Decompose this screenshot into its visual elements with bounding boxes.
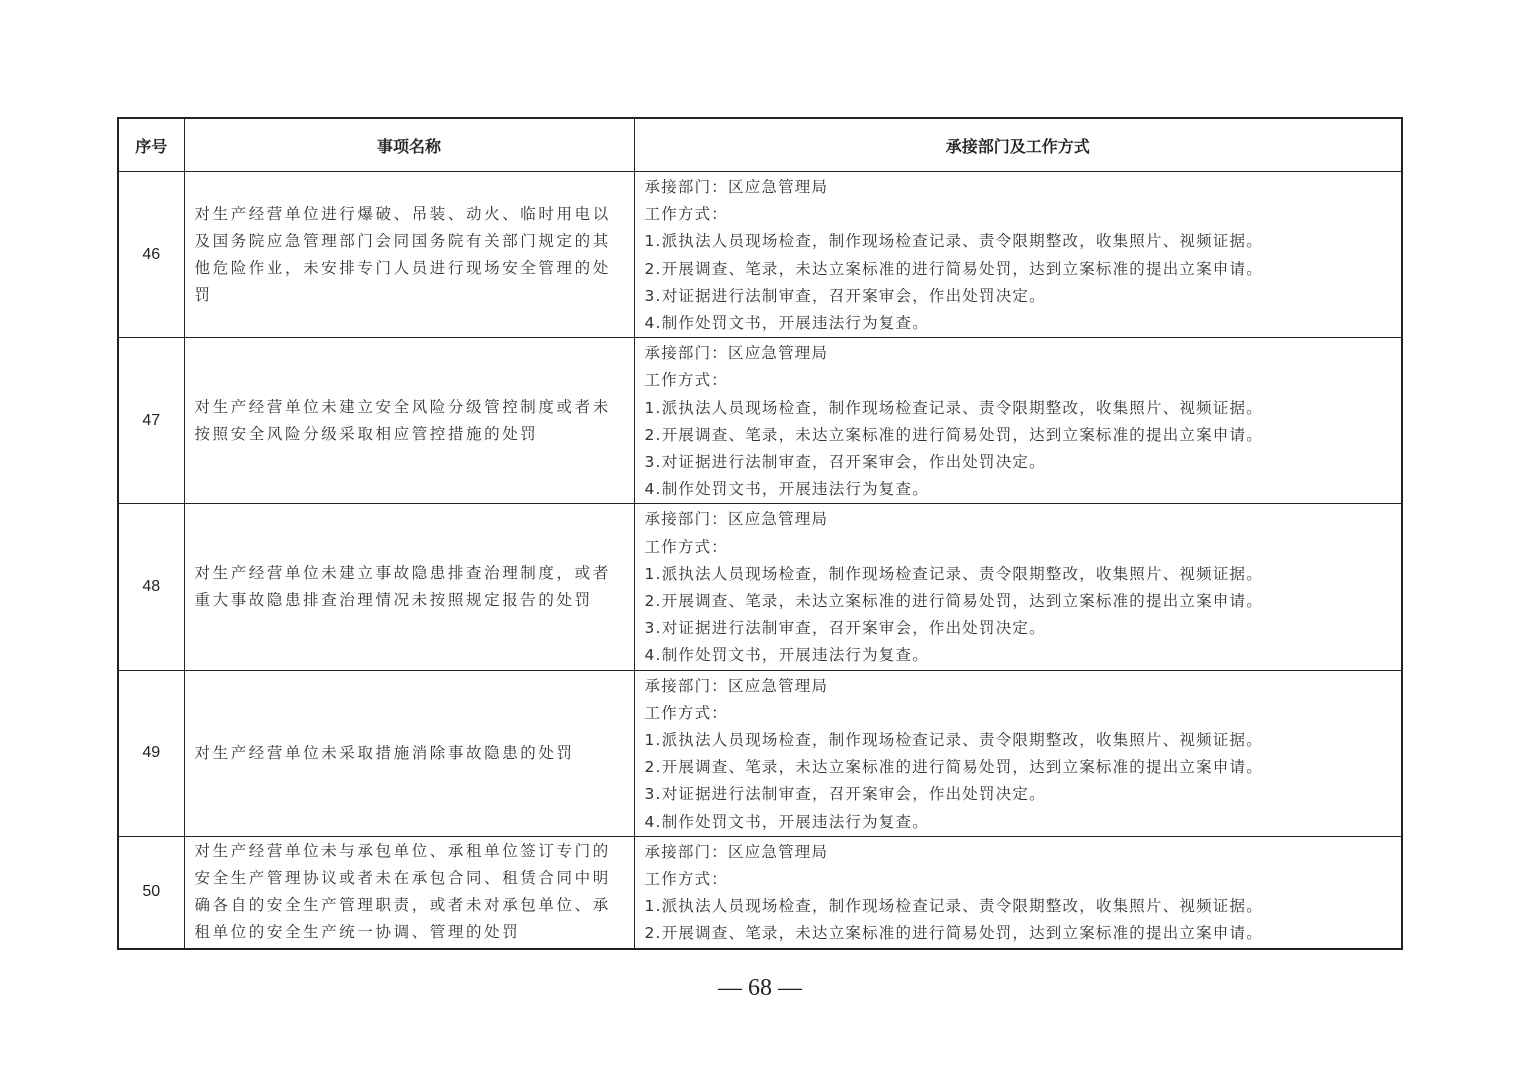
method-step: 4.制作处罚文书，开展违法行为复查。 [645, 809, 1392, 836]
method-step: 4.制作处罚文书，开展违法行为复查。 [645, 642, 1392, 669]
serial-number-cell: 46 [118, 172, 184, 338]
method-label: 工作方式： [645, 534, 1392, 561]
method-step: 3.对证据进行法制审查，召开案审会，作出处罚决定。 [645, 283, 1392, 310]
responsibility-table: 序号 事项名称 承接部门及工作方式 46 对生产经营单位进行爆破、吊装、动火、临… [117, 117, 1403, 950]
method-step: 2.开展调查、笔录，未达立案标准的进行简易处罚，达到立案标准的提出立案申请。 [645, 754, 1392, 781]
table-row: 49 对生产经营单位未采取措施消除事故隐患的处罚 承接部门：区应急管理局 工作方… [118, 670, 1402, 836]
serial-number-cell: 48 [118, 504, 184, 670]
method-step: 1.派执法人员现场检查，制作现场检查记录、责令限期整改，收集照片、视频证据。 [645, 561, 1392, 588]
method-step: 3.对证据进行法制审查，召开案审会，作出处罚决定。 [645, 781, 1392, 808]
method-label: 工作方式： [645, 201, 1392, 228]
item-name-cell: 对生产经营单位进行爆破、吊装、动火、临时用电以及国务院应急管理部门会同国务院有关… [184, 172, 634, 338]
department-line: 承接部门：区应急管理局 [645, 174, 1392, 201]
method-step: 2.开展调查、笔录，未达立案标准的进行简易处罚，达到立案标准的提出立案申请。 [645, 422, 1392, 449]
department-line: 承接部门：区应急管理局 [645, 340, 1392, 367]
method-step: 2.开展调查、笔录，未达立案标准的进行简易处罚，达到立案标准的提出立案申请。 [645, 256, 1392, 283]
method-step: 1.派执法人员现场检查，制作现场检查记录、责令限期整改，收集照片、视频证据。 [645, 893, 1392, 920]
header-item-name: 事项名称 [184, 118, 634, 172]
item-name-cell: 对生产经营单位未建立事故隐患排查治理制度，或者重大事故隐患排查治理情况未按照规定… [184, 504, 634, 670]
method-step: 4.制作处罚文书，开展违法行为复查。 [645, 476, 1392, 503]
table-row: 47 对生产经营单位未建立安全风险分级管控制度或者未按照安全风险分级采取相应管控… [118, 338, 1402, 504]
method-label: 工作方式： [645, 367, 1392, 394]
table-row: 50 对生产经营单位未与承包单位、承租单位签订专门的安全生产管理协议或者未在承包… [118, 836, 1402, 948]
department-line: 承接部门：区应急管理局 [645, 839, 1392, 866]
serial-number-cell: 47 [118, 338, 184, 504]
department-method-cell: 承接部门：区应急管理局 工作方式： 1.派执法人员现场检查，制作现场检查记录、责… [634, 504, 1402, 670]
table-row: 48 对生产经营单位未建立事故隐患排查治理制度，或者重大事故隐患排查治理情况未按… [118, 504, 1402, 670]
method-step: 2.开展调查、笔录，未达立案标准的进行简易处罚，达到立案标准的提出立案申请。 [645, 920, 1392, 947]
serial-number-cell: 50 [118, 836, 184, 948]
header-department-method: 承接部门及工作方式 [634, 118, 1402, 172]
department-method-cell: 承接部门：区应急管理局 工作方式： 1.派执法人员现场检查，制作现场检查记录、责… [634, 338, 1402, 504]
page-number: — 68 — [0, 975, 1520, 1002]
method-step: 4.制作处罚文书，开展违法行为复查。 [645, 310, 1392, 337]
method-step: 1.派执法人员现场检查，制作现场检查记录、责令限期整改，收集照片、视频证据。 [645, 727, 1392, 754]
department-method-cell: 承接部门：区应急管理局 工作方式： 1.派执法人员现场检查，制作现场检查记录、责… [634, 172, 1402, 338]
method-step: 3.对证据进行法制审查，召开案审会，作出处罚决定。 [645, 615, 1392, 642]
method-step: 2.开展调查、笔录，未达立案标准的进行简易处罚，达到立案标准的提出立案申请。 [645, 588, 1392, 615]
department-method-cell: 承接部门：区应急管理局 工作方式： 1.派执法人员现场检查，制作现场检查记录、责… [634, 836, 1402, 948]
method-step: 1.派执法人员现场检查，制作现场检查记录、责令限期整改，收集照片、视频证据。 [645, 228, 1392, 255]
method-label: 工作方式： [645, 700, 1392, 727]
item-name-cell: 对生产经营单位未与承包单位、承租单位签订专门的安全生产管理协议或者未在承包合同、… [184, 836, 634, 948]
header-serial-number: 序号 [118, 118, 184, 172]
method-step: 3.对证据进行法制审查，召开案审会，作出处罚决定。 [645, 449, 1392, 476]
department-line: 承接部门：区应急管理局 [645, 506, 1392, 533]
serial-number-cell: 49 [118, 670, 184, 836]
department-line: 承接部门：区应急管理局 [645, 673, 1392, 700]
method-step: 1.派执法人员现场检查，制作现场检查记录、责令限期整改，收集照片、视频证据。 [645, 395, 1392, 422]
table-header-row: 序号 事项名称 承接部门及工作方式 [118, 118, 1402, 172]
table-row: 46 对生产经营单位进行爆破、吊装、动火、临时用电以及国务院应急管理部门会同国务… [118, 172, 1402, 338]
department-method-cell: 承接部门：区应急管理局 工作方式： 1.派执法人员现场检查，制作现场检查记录、责… [634, 670, 1402, 836]
item-name-cell: 对生产经营单位未建立安全风险分级管控制度或者未按照安全风险分级采取相应管控措施的… [184, 338, 634, 504]
item-name-cell: 对生产经营单位未采取措施消除事故隐患的处罚 [184, 670, 634, 836]
method-label: 工作方式： [645, 866, 1392, 893]
